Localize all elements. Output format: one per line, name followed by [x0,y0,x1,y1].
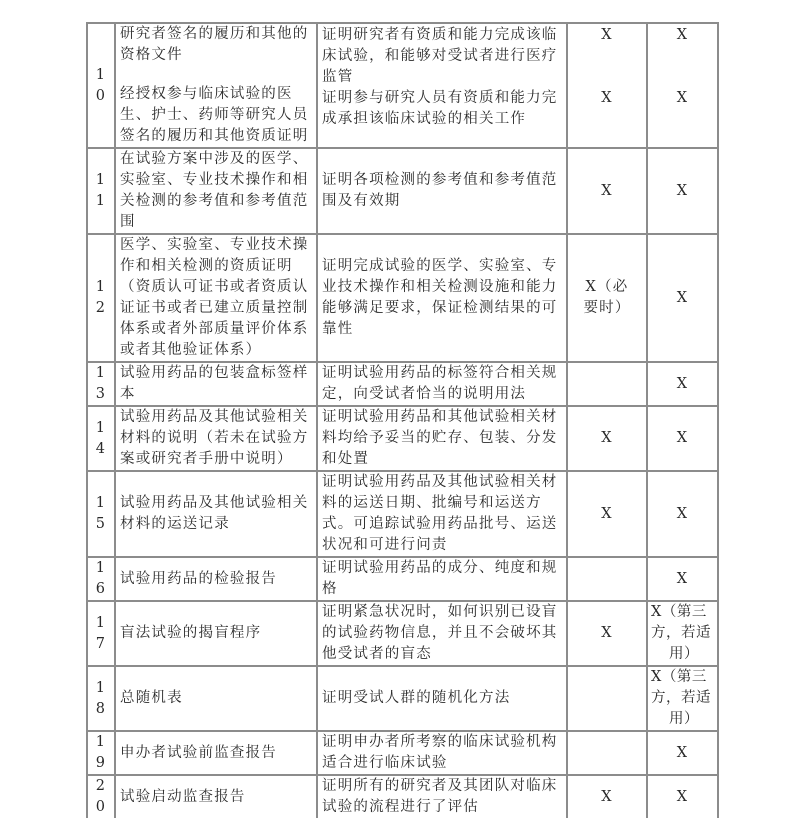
row-number: 17 [87,601,115,666]
mark-line: 方，若适 [651,688,717,709]
purpose-text: 证明申办者所考察的临床试验机构适合进行临床试验 [317,731,567,775]
purpose-text: 证明各项检测的参考值和参考值范围及有效期 [317,148,567,234]
row-number: 12 [87,234,115,362]
mark [567,666,647,731]
mark-cell: X（第三 方，若适 用） [647,666,718,731]
table-row: 18 总随机表 证明受试人群的随机化方法 X（第三 方，若适 用） [87,666,718,731]
sponsor-column-cell: X X [647,23,718,148]
mark-line: X（第三 [651,667,717,688]
mark-line: 方，若适 [651,623,717,644]
mark: X [647,775,718,818]
purpose-text: 证明完成试验的医学、实验室、专业技术操作和相关检测设施和能力能够满足要求，保证检… [317,234,567,362]
table-row: 13 试验用药品的包装盒标签样本 证明试验用药品的标签符合相关规定，向受试者恰当… [87,362,718,406]
document-name-cell: 研究者签名的履历和其他的资格文件 经授权参与临床试验的医生、护士、药师等研究人员… [115,23,317,148]
row-number: 15 [87,471,115,557]
mark: X [567,601,647,666]
purpose-text: 证明试验用药品和其他试验相关材料均给予妥当的贮存、包装、分发和处置 [317,406,567,471]
row-number: 13 [87,362,115,406]
mark: X [677,88,689,109]
mark: X [567,406,647,471]
document-name: 申办者试验前监查报告 [115,731,317,775]
mark-cell: X（第三 方，若适 用） [647,601,718,666]
row-number: 10 [87,23,115,148]
mark: X [647,731,718,775]
document-name: 试验启动监查报告 [115,775,317,818]
purpose-text: 证明试验用药品的标签符合相关规定，向受试者恰当的说明用法 [317,362,567,406]
table-row: 11 在试验方案中涉及的医学、实验室、专业技术操作和相关检测的参考值和参考值范围… [87,148,718,234]
document-name: 经授权参与临床试验的医生、护士、药师等研究人员签名的履历和其他资质证明 [120,84,312,147]
mark: X [567,471,647,557]
mark: X [677,25,689,46]
document-name: 试验用药品的检验报告 [115,557,317,601]
document-name: 研究者签名的履历和其他的资格文件 [120,24,312,66]
mark: X（必要时） [567,234,647,362]
essential-documents-table: 10 研究者签名的履历和其他的资格文件 经授权参与临床试验的医生、护士、药师等研… [86,22,719,818]
purpose-text: 证明所有的研究者及其团队对临床试验的流程进行了评估 [317,775,567,818]
table-row: 14 试验用药品及其他试验相关材料的说明（若未在试验方案或研究者手册中说明） 证… [87,406,718,471]
mark: X [601,88,613,109]
row-number: 19 [87,731,115,775]
purpose-text: 证明研究者有资质和能力完成该临床试验，和能够对受试者进行医疗监管 [322,25,562,88]
purpose-cell: 证明研究者有资质和能力完成该临床试验，和能够对受试者进行医疗监管 证明参与研究人… [317,23,567,148]
document-name: 试验用药品的包装盒标签样本 [115,362,317,406]
document-name: 医学、实验室、专业技术操作和相关检测的资质证明（资质认可证书或者资质认证证书或者… [115,234,317,362]
investigator-column-cell: X X [567,23,647,148]
purpose-text: 证明试验用药品及其他试验相关材料的运送日期、批编号和运送方式。可追踪试验用药品批… [317,471,567,557]
table-row: 16 试验用药品的检验报告 证明试验用药品的成分、纯度和规格 X [87,557,718,601]
document-name: 盲法试验的揭盲程序 [115,601,317,666]
table-row: 20 试验启动监查报告 证明所有的研究者及其团队对临床试验的流程进行了评估 X … [87,775,718,818]
mark-line: X（第三 [651,602,717,623]
purpose-text: 证明试验用药品的成分、纯度和规格 [317,557,567,601]
mark: X [601,25,613,46]
row-number: 14 [87,406,115,471]
mark [567,362,647,406]
mark: X [647,362,718,406]
document-name: 试验用药品及其他试验相关材料的说明（若未在试验方案或研究者手册中说明） [115,406,317,471]
document-name: 试验用药品及其他试验相关材料的运送记录 [115,471,317,557]
mark [567,731,647,775]
mark: X [647,406,718,471]
mark-line: 用） [651,709,717,730]
row-number: 11 [87,148,115,234]
mark: X [647,557,718,601]
table-row: 12 医学、实验室、专业技术操作和相关检测的资质证明（资质认可证书或者资质认证证… [87,234,718,362]
purpose-text: 证明紧急状况时，如何识别已设盲的试验药物信息，并且不会破坏其他受试者的盲态 [317,601,567,666]
mark: X [567,148,647,234]
mark: X [567,775,647,818]
document-name: 在试验方案中涉及的医学、实验室、专业技术操作和相关检测的参考值和参考值范围 [115,148,317,234]
mark [567,557,647,601]
mark: X [647,471,718,557]
document-name: 总随机表 [115,666,317,731]
row-number: 16 [87,557,115,601]
table-row: 10 研究者签名的履历和其他的资格文件 经授权参与临床试验的医生、护士、药师等研… [87,23,718,148]
table-row: 19 申办者试验前监查报告 证明申办者所考察的临床试验机构适合进行临床试验 X [87,731,718,775]
purpose-text: 证明受试人群的随机化方法 [317,666,567,731]
row-number: 20 [87,775,115,818]
purpose-text: 证明参与研究人员有资质和能力完成承担该临床试验的相关工作 [322,88,562,130]
mark: X [647,148,718,234]
mark: X [647,234,718,362]
row-number: 18 [87,666,115,731]
table-row: 17 盲法试验的揭盲程序 证明紧急状况时，如何识别已设盲的试验药物信息，并且不会… [87,601,718,666]
table-row: 15 试验用药品及其他试验相关材料的运送记录 证明试验用药品及其他试验相关材料的… [87,471,718,557]
mark-line: 用） [651,644,717,665]
